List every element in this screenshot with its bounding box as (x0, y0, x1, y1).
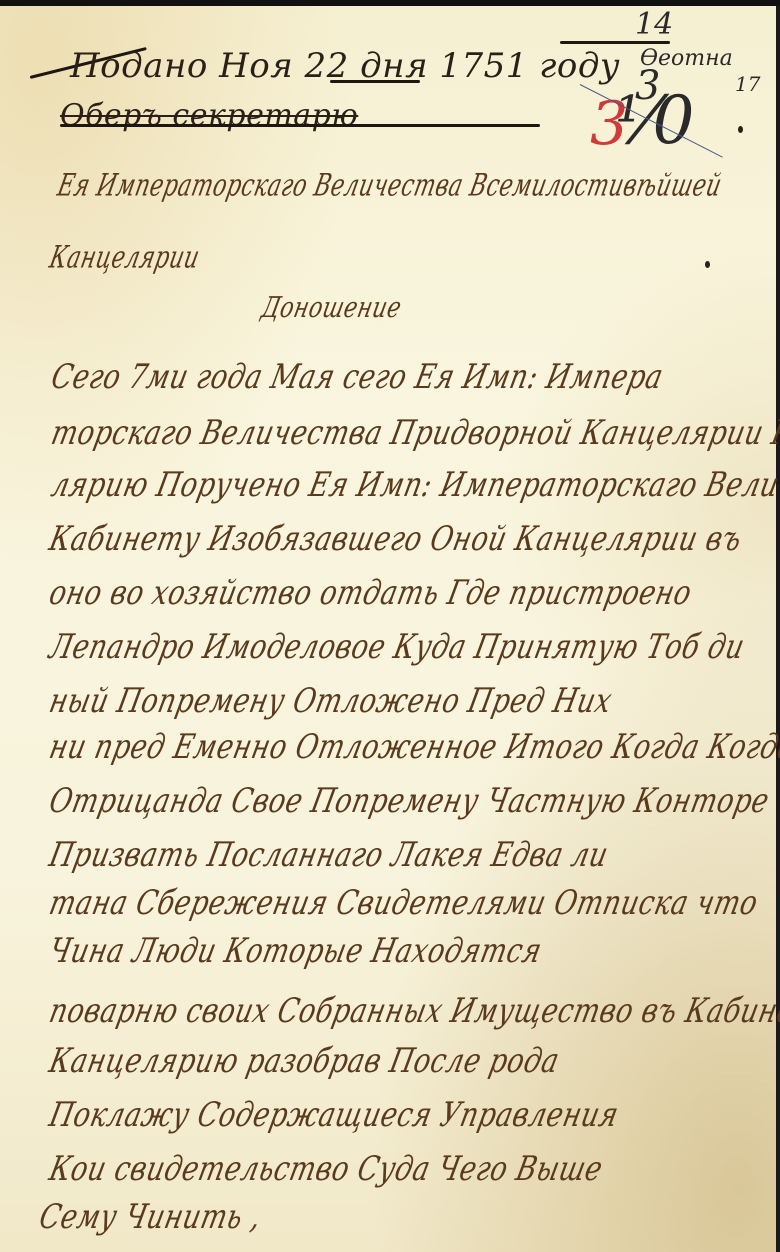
big-fraction-mark: ⅟0 (615, 88, 694, 154)
body-line: лярию Поручено Ея Имп: Императорскаго Ве… (48, 466, 780, 505)
body-line: Сему Чинить , (36, 1198, 265, 1237)
manuscript-page: Подано Ноя 22 дня 1751 году Оберъ секрет… (0, 6, 780, 1252)
body-line: Канцелярию разобрав После рода (46, 1042, 563, 1081)
body-line: поварню своих Собранных Имущество въ Каб… (46, 992, 780, 1031)
address-line-2: Канцелярии (46, 241, 202, 276)
body-line: Чина Люди Которые Находятся (46, 932, 545, 971)
margin-dot (738, 126, 743, 133)
body-line: оно во хозяйство отдать Где пристроено (46, 574, 695, 613)
strike-through-stroke (60, 124, 540, 127)
underline-date-stroke (330, 80, 420, 83)
body-line: Кои свидетельство Суда Чего Выше (46, 1150, 606, 1189)
body-line: торскаго Величества Придворной Канцеляри… (48, 414, 780, 453)
body-line: Кабинету Изобязавшего Оной Канцелярии въ (46, 520, 745, 559)
addressee-struck-line: Оберъ секретарю (60, 98, 358, 133)
margin-strike-stroke (560, 41, 670, 44)
margin-number-top: 14 (635, 10, 673, 40)
address-line-1: Ея Императорскаго Величества Всемилостив… (54, 169, 725, 204)
margin-dot-2 (705, 261, 710, 268)
body-line: Отрицанда Свое Попремену Частную Конторе (46, 782, 773, 821)
body-line: ный Попремену Отложено Пред Них (46, 682, 615, 721)
body-line: Сего 7ми года Мая сего Ея Имп: Импера (48, 358, 667, 397)
document-title: Доношение (259, 292, 405, 325)
body-line: Призвать Посланнаго Лакея Едва ли (46, 836, 612, 875)
body-line: Лепандро Имоделовое Куда Принятую Тоб ди (46, 628, 748, 667)
body-line: ни пред Еменно Отложенное Итого Когда Ко… (46, 728, 780, 767)
body-line: тана Сбережения Свидетелями Отписка что (46, 884, 762, 923)
folio-number: 17 (735, 74, 760, 94)
body-line: Поклажу Содержащиеся Управления (46, 1096, 622, 1135)
